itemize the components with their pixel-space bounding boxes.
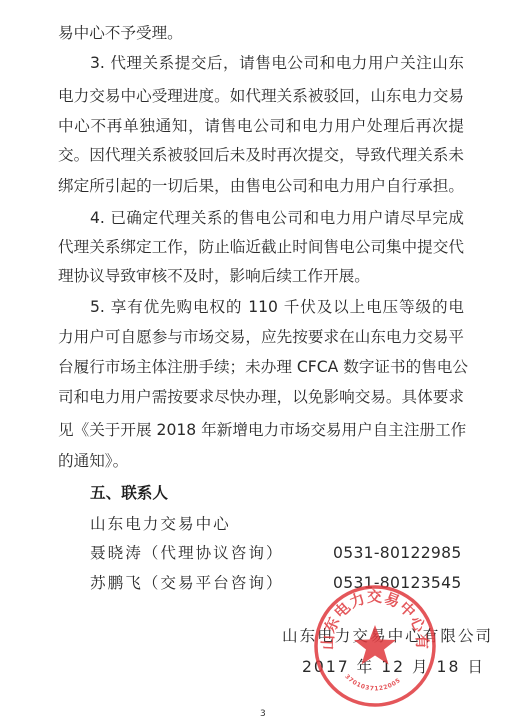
company-seal: 山东电力交易中心有限公司 3701037122005	[312, 583, 438, 709]
contact-organization: 山东电力交易中心	[90, 514, 231, 534]
paragraph-line: 力用户可自愿参与市场交易，应先按要求在山东电力交易平	[58, 327, 464, 347]
paragraph-line: 中心不再单独通知，请售电公司和电力用户处理后再次提	[58, 116, 464, 136]
contact-name: 苏鹏飞（交易平台咨询）	[90, 573, 284, 593]
contact-name: 聂晓涛（代理协议咨询）	[90, 543, 284, 563]
seal-icon: 山东电力交易中心有限公司 3701037122005	[312, 583, 438, 709]
paragraph-line: 电力交易中心受理进度。如代理关系被驳回，山东电力交易	[58, 86, 464, 106]
paragraph-line: 台履行市场主体注册手续；未办理 CFCA 数字证书的售电公	[58, 357, 464, 377]
paragraph-line: 绑定所引起的一切后果，由售电公司和电力用户自行承担。	[58, 176, 464, 196]
section-heading: 五、联系人	[90, 483, 168, 503]
paragraph-line: 3. 代理关系提交后，请售电公司和电力用户关注山东	[90, 53, 464, 73]
paragraph-line: 易中心不予受理。	[58, 23, 464, 43]
svg-text:3701037122005: 3701037122005	[343, 673, 402, 692]
paragraph-line: 理协议导致审核不及时，影响后续工作开展。	[58, 266, 464, 286]
paragraph-line: 交。因代理关系被驳回后未及时再次提交，导致代理关系未	[58, 145, 464, 165]
paragraph-line: 见《关于开展 2018 年新增电力市场交易用户自主注册工作	[58, 420, 464, 440]
document-page: 易中心不予受理。 3. 代理关系提交后，请售电公司和电力用户关注山东 电力交易中…	[0, 0, 530, 728]
paragraph-line: 4. 已确定代理关系的售电公司和电力用户请尽早完成	[90, 208, 464, 228]
page-number: 3	[260, 709, 266, 719]
paragraph-line: 5. 享有优先购电权的 110 千伏及以上电压等级的电	[90, 297, 464, 317]
paragraph-line: 司和电力用户需按要求尽快办理，以免影响交易。具体要求	[58, 387, 464, 407]
contact-phone: 0531-80122985	[333, 543, 462, 563]
paragraph-line: 代理关系绑定工作，防止临近截止时间售电公司集中提交代	[58, 237, 464, 257]
paragraph-line: 的通知》。	[58, 451, 464, 471]
